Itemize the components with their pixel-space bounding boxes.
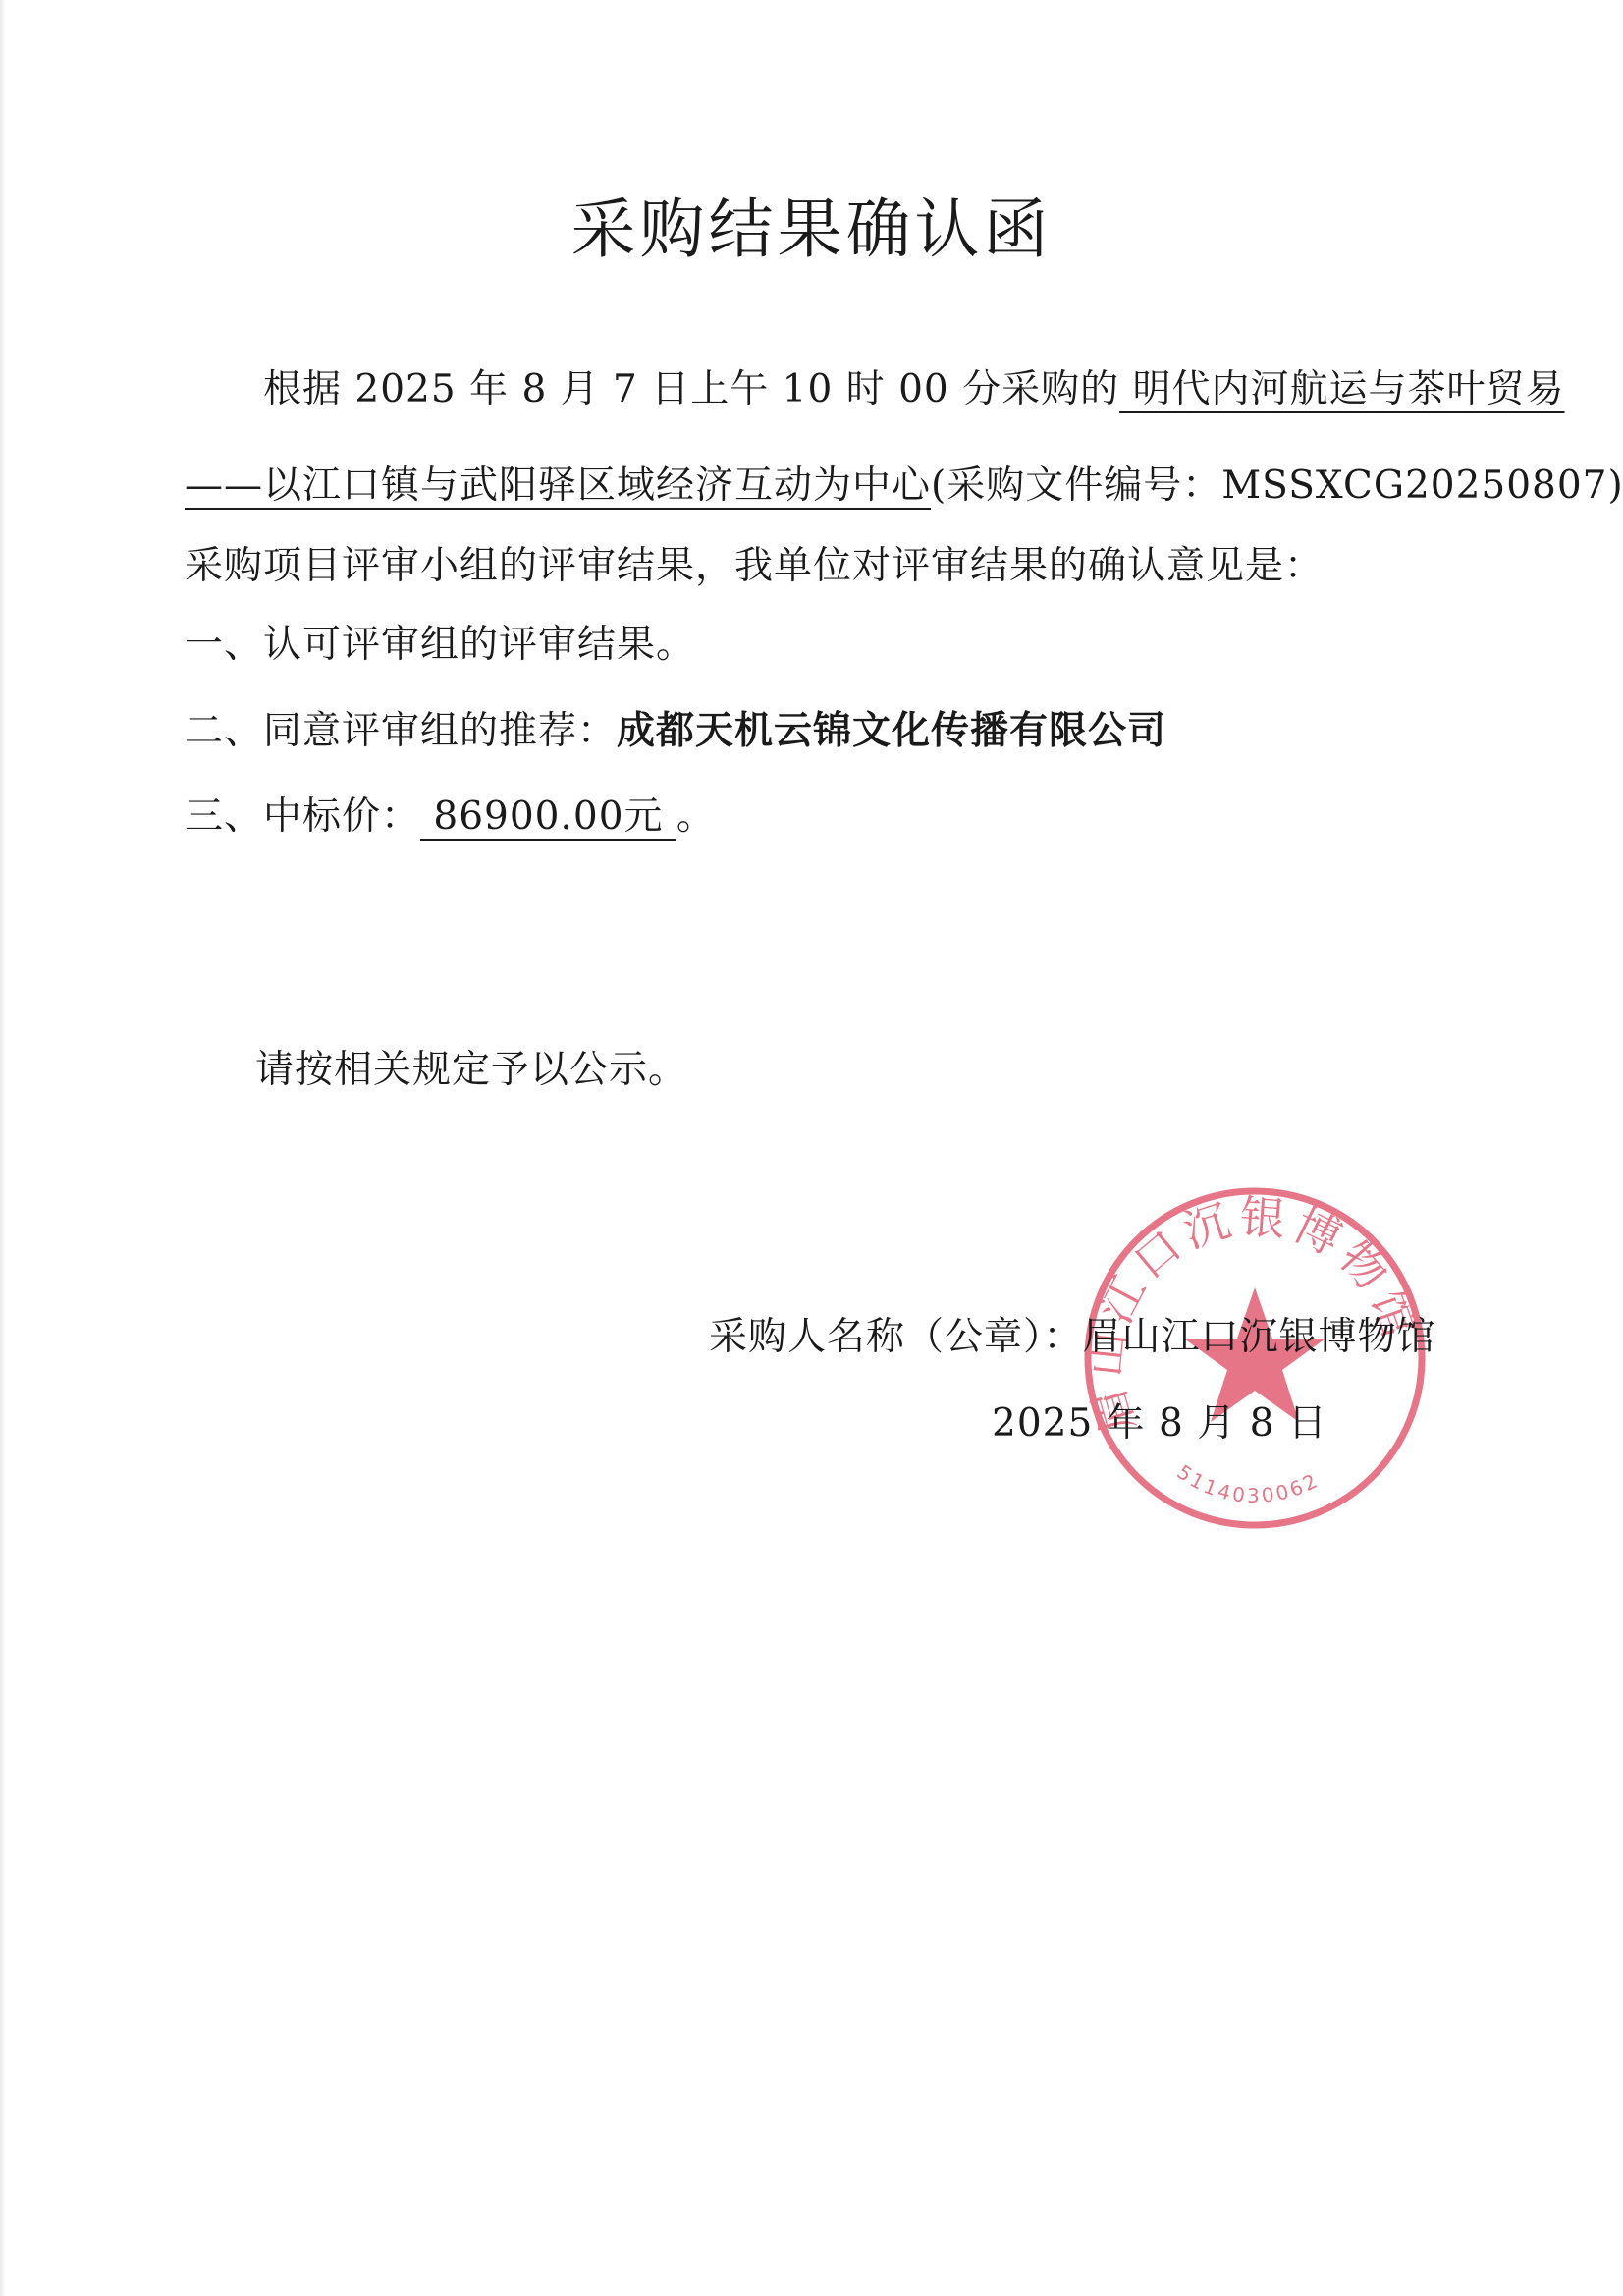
document-title: 采购结果确认函 xyxy=(0,177,1623,270)
item-3-label: 三、中标价： xyxy=(185,794,420,839)
svg-text:5114030062: 5114030062 xyxy=(1173,1460,1324,1507)
page-edge xyxy=(0,0,6,2296)
item-2-label: 二、同意评审组的推荐： xyxy=(185,709,617,753)
signature-date: 2025 年 8 月 8 日 xyxy=(992,1393,1327,1448)
signature-label: 采购人名称（公章）： xyxy=(709,1315,1083,1359)
item-3-end: 。 xyxy=(676,794,716,839)
seal-code: 5114030062 xyxy=(1173,1460,1324,1507)
body-line-2: ——以江口镇与武阳驿区域经济互动为中心(采购文件编号：MSSXCG2025080… xyxy=(185,455,1623,510)
body-line-1: 根据 2025 年 8 月 7 日上午 10 时 00 分采购的 明代内河航运与… xyxy=(263,358,1565,413)
item-1: 一、认可评审组的评审结果。 xyxy=(185,614,695,669)
purchaser-name: 眉山江口沉银博物馆 xyxy=(1083,1315,1436,1359)
date-time-text: 根据 2025 年 8 月 7 日上午 10 时 00 分采购的 xyxy=(263,367,1119,411)
recommended-company: 成都天机云锦文化传播有限公司 xyxy=(617,708,1166,753)
project-name-part2: ——以江口镇与武阳驿区域经济互动为中心 xyxy=(185,464,931,508)
project-name-part1: 明代内河航运与茶叶贸易 xyxy=(1119,367,1564,411)
winning-price: 86900.00元 xyxy=(420,794,676,839)
file-number: (采购文件编号：MSSXCG20250807) xyxy=(931,464,1623,508)
item-3: 三、中标价： 86900.00元 。 xyxy=(185,786,716,841)
item-2: 二、同意评审组的推荐：成都天机云锦文化传播有限公司 xyxy=(185,700,1166,755)
signature-line: 采购人名称（公章）：眉山江口沉银博物馆 xyxy=(709,1306,1436,1361)
publicity-notice: 请按相关规定予以公示。 xyxy=(255,1039,687,1094)
body-line-3: 采购项目评审小组的评审结果，我单位对评审结果的确认意见是： xyxy=(185,535,1324,590)
